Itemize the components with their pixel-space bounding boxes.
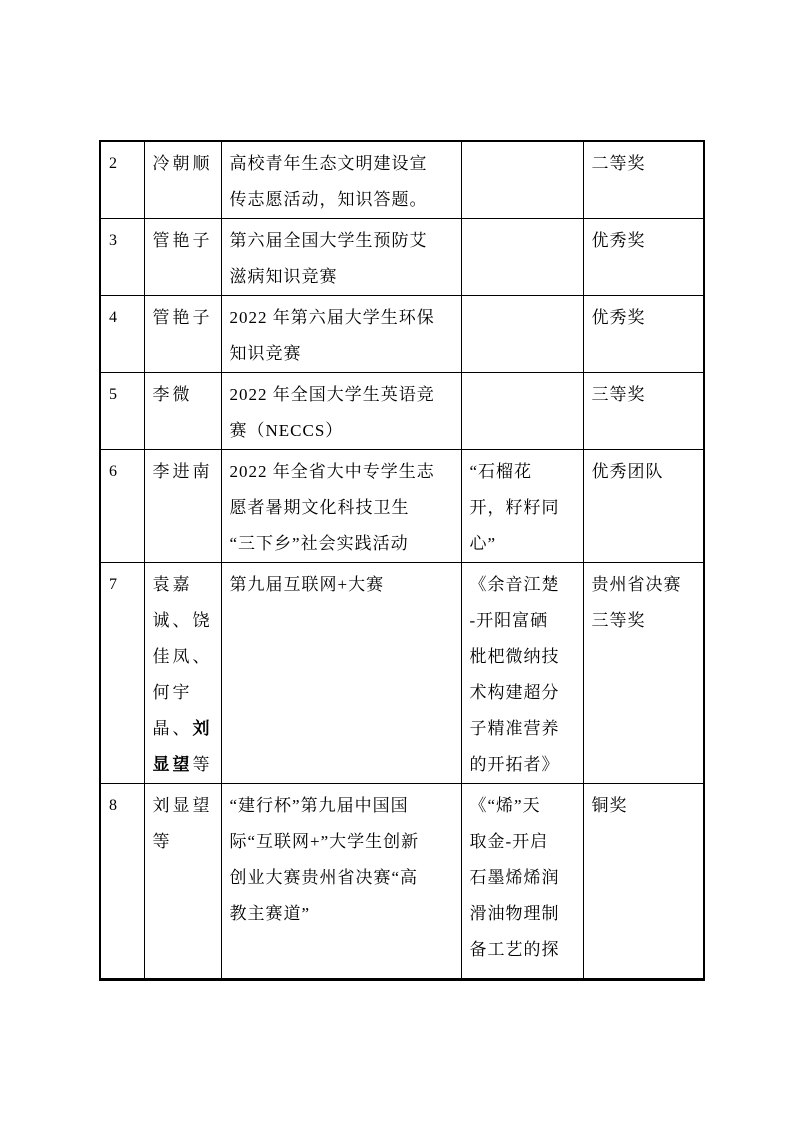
cell-competition: 2022 年全省大中专学生志 愿者暑期文化科技卫生 “三下乡”社会实践活动: [221, 450, 461, 563]
cell-competition: 第六届全国大学生预防艾 滋病知识竞赛: [221, 219, 461, 296]
cell-project: [461, 296, 583, 373]
cell-no: 8: [100, 784, 144, 980]
table-row: 8刘显望 等“建行杯”第九届中国国 际“互联网+”大学生创新 创业大赛贵州省决赛…: [100, 784, 704, 980]
cell-competition: “建行杯”第九届中国国 际“互联网+”大学生创新 创业大赛贵州省决赛“高 教主赛…: [221, 784, 461, 980]
cell-competition: 2022 年全国大学生英语竞 赛（NECCS）: [221, 373, 461, 450]
cell-name: 冷朝顺: [144, 141, 221, 219]
name-segment: 管艳子: [153, 308, 213, 327]
cell-no: 2: [100, 141, 144, 219]
cell-name: 刘显望 等: [144, 784, 221, 980]
table-row: 4管艳子2022 年第六届大学生环保 知识竞赛优秀奖: [100, 296, 704, 373]
cell-project: [461, 219, 583, 296]
cell-name: 管艳子: [144, 296, 221, 373]
name-segment: 李微: [153, 385, 193, 404]
cell-no: 4: [100, 296, 144, 373]
awards-table: 2冷朝顺高校青年生态文明建设宣 传志愿活动，知识答题。二等奖3管艳子第六届全国大…: [99, 140, 705, 981]
cell-competition: 第九届互联网+大赛: [221, 563, 461, 784]
name-segment: 袁嘉 诚、饶 佳凤、 何宇 晶、: [153, 575, 213, 738]
cell-project: [461, 141, 583, 219]
cell-award: 铜奖: [583, 784, 704, 980]
cell-no: 7: [100, 563, 144, 784]
cell-no: 6: [100, 450, 144, 563]
name-segment: 等: [193, 755, 213, 774]
cell-competition: 高校青年生态文明建设宣 传志愿活动，知识答题。: [221, 141, 461, 219]
cell-project: 《“烯”天 取金-开启 石墨烯烯润 滑油物理制 备工艺的探: [461, 784, 583, 980]
name-segment: 李进南: [153, 462, 213, 481]
cell-award: 优秀团队: [583, 450, 704, 563]
cell-competition: 2022 年第六届大学生环保 知识竞赛: [221, 296, 461, 373]
cell-name: 袁嘉 诚、饶 佳凤、 何宇 晶、刘 显望等: [144, 563, 221, 784]
name-segment: 冷朝顺: [153, 154, 213, 173]
cell-name: 李进南: [144, 450, 221, 563]
table-row: 2冷朝顺高校青年生态文明建设宣 传志愿活动，知识答题。二等奖: [100, 141, 704, 219]
table-row: 6李进南2022 年全省大中专学生志 愿者暑期文化科技卫生 “三下乡”社会实践活…: [100, 450, 704, 563]
table-row: 7袁嘉 诚、饶 佳凤、 何宇 晶、刘 显望等第九届互联网+大赛《余音江楚 -开阳…: [100, 563, 704, 784]
table-row: 3管艳子第六届全国大学生预防艾 滋病知识竞赛优秀奖: [100, 219, 704, 296]
cell-no: 3: [100, 219, 144, 296]
name-segment: 刘显望 等: [153, 796, 213, 851]
cell-project: “石榴花 开，籽籽同 心”: [461, 450, 583, 563]
document-page: 2冷朝顺高校青年生态文明建设宣 传志愿活动，知识答题。二等奖3管艳子第六届全国大…: [0, 0, 793, 1122]
cell-award: 优秀奖: [583, 219, 704, 296]
cell-name: 管艳子: [144, 219, 221, 296]
cell-award: 二等奖: [583, 141, 704, 219]
name-segment: 管艳子: [153, 231, 213, 250]
cell-no: 5: [100, 373, 144, 450]
cell-award: 优秀奖: [583, 296, 704, 373]
cell-name: 李微: [144, 373, 221, 450]
cell-award: 三等奖: [583, 373, 704, 450]
cell-project: 《余音江楚 -开阳富硒 枇杷微纳技 术构建超分 子精准营养 的开拓者》: [461, 563, 583, 784]
table-row: 5李微2022 年全国大学生英语竞 赛（NECCS）三等奖: [100, 373, 704, 450]
cell-project: [461, 373, 583, 450]
awards-table-body: 2冷朝顺高校青年生态文明建设宣 传志愿活动，知识答题。二等奖3管艳子第六届全国大…: [100, 141, 704, 980]
cell-award: 贵州省决赛 三等奖: [583, 563, 704, 784]
